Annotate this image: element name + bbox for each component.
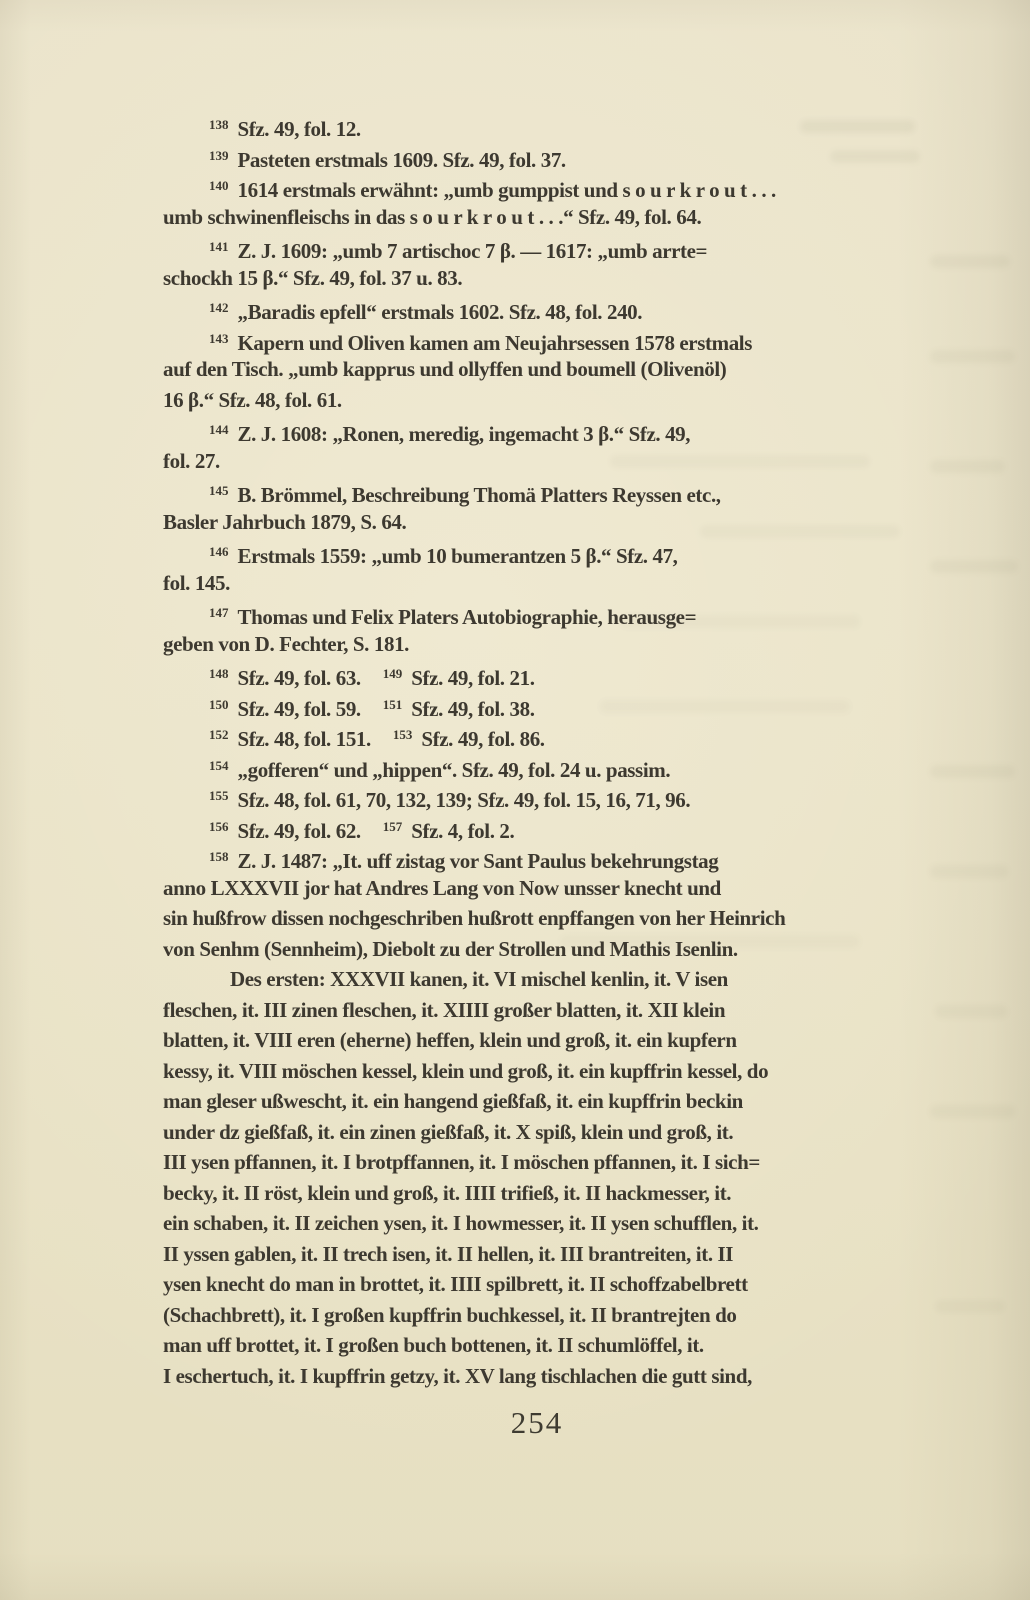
footnote-text: kessy, it. VIII möschen kessel, klein un… [163, 1059, 768, 1083]
footnote-text: Kapern und Oliven kamen am Neujahrsessen… [238, 331, 753, 355]
footnote-text: fleschen, it. III zinen fleschen, it. XI… [163, 998, 725, 1022]
footnote-text: ysen knecht do man in brottet, it. IIII … [163, 1272, 748, 1296]
footnote-number: 157 [383, 819, 403, 834]
footnote-number: 152 [209, 727, 229, 742]
text-line: (Schachbrett), it. I großen kupffrin buc… [163, 1300, 911, 1331]
footnotes-text-block: 138Sfz. 49, fol. 12. 139Pasteten erstmal… [163, 110, 911, 1391]
text-line: blatten, it. VIII eren (eherne) heffen, … [163, 1025, 911, 1056]
text-line: von Senhm (Sennheim), Diebolt zu der Str… [163, 934, 911, 965]
text-line: 142„Baradis epfell“ erstmals 1602. Sfz. … [163, 293, 911, 324]
footnote-text: Sfz. 49, fol. 86. [421, 727, 544, 751]
text-line: kessy, it. VIII möschen kessel, klein un… [163, 1056, 911, 1087]
text-line: 146Erstmals 1559: „umb 10 bumerantzen 5 … [163, 537, 911, 568]
footnote-text: auf den Tisch. „umb kapprus und ollyffen… [163, 357, 726, 381]
text-line: anno LXXXVII jor hat Andres Lang von Now… [163, 873, 911, 904]
footnote-text: Sfz. 49, fol. 38. [411, 697, 534, 721]
text-line: fol. 145. [163, 568, 911, 599]
footnote-text: ein schaben, it. II zeichen ysen, it. I … [163, 1211, 759, 1235]
showthrough-mark [930, 865, 1008, 878]
text-line: umb schwinenfleischs in das s o u r k r … [163, 202, 911, 233]
footnote-text: Z. J. 1487: „It. uff zistag vor Sant Pau… [238, 849, 719, 873]
text-line: becky, it. II röst, klein und groß, it. … [163, 1178, 911, 1209]
footnote-text: I eschertuch, it. I kupffrin getzy, it. … [163, 1364, 752, 1388]
footnote-text: Sfz. 49, fol. 12. [238, 117, 361, 141]
footnote-text: sin hußfrow dissen nochgeschriben hußrot… [163, 906, 785, 930]
footnote-text: Sfz. 49, fol. 59. [238, 697, 361, 721]
showthrough-mark [930, 350, 1015, 363]
footnote-text: Pasteten erstmals 1609. Sfz. 49, fol. 37… [238, 148, 566, 172]
footnote-text: under dz gießfaß, it. ein zinen gießfaß,… [163, 1120, 733, 1144]
footnote-text: 16 β.“ Sfz. 48, fol. 61. [163, 388, 342, 412]
text-line: 158Z. J. 1487: „It. uff zistag vor Sant … [163, 842, 911, 873]
footnote-text: geben von D. Fechter, S. 181. [163, 632, 409, 656]
footnote-text: von Senhm (Sennheim), Diebolt zu der Str… [163, 937, 738, 961]
text-line: man uff brottet, it. I großen buch botte… [163, 1330, 911, 1361]
text-line: 154„gofferen“ und „hippen“. Sfz. 49, fol… [163, 751, 911, 782]
text-line: sin hußfrow dissen nochgeschriben hußrot… [163, 903, 911, 934]
text-line: 148Sfz. 49, fol. 63.149Sfz. 49, fol. 21. [163, 659, 911, 690]
showthrough-mark [930, 255, 1010, 268]
footnote-number: 158 [209, 849, 229, 864]
footnote-text: Erstmals 1559: „umb 10 bumerantzen 5 β.“… [238, 544, 678, 568]
text-line: III ysen pffannen, it. I brotpffannen, i… [163, 1147, 911, 1178]
text-line: fol. 27. [163, 446, 911, 477]
footnote-text: umb schwinenfleischs in das s o u r k r … [163, 205, 701, 229]
text-line: 1401614 erstmals erwähnt: „umb gumppist … [163, 171, 911, 202]
text-line: Basler Jahrbuch 1879, S. 64. [163, 507, 911, 538]
footnote-number: 142 [209, 300, 229, 315]
footnote-text: man uff brottet, it. I großen buch botte… [163, 1333, 704, 1357]
text-line: I eschertuch, it. I kupffrin getzy, it. … [163, 1361, 911, 1392]
footnote-text: 1614 erstmals erwähnt: „umb gumppist und… [238, 178, 776, 202]
text-line: geben von D. Fechter, S. 181. [163, 629, 911, 660]
footnote-number: 138 [209, 117, 229, 132]
text-line: ysen knecht do man in brottet, it. IIII … [163, 1269, 911, 1300]
footnote-text: Sfz. 49, fol. 63. [238, 666, 361, 690]
footnote-text: Basler Jahrbuch 1879, S. 64. [163, 510, 406, 534]
footnote-number: 153 [393, 727, 413, 742]
footnote-text: fol. 145. [163, 571, 230, 595]
footnote-number: 145 [209, 483, 229, 498]
footnote-number: 147 [209, 605, 229, 620]
footnote-text: B. Brömmel, Beschreibung Thomä Platters … [238, 483, 721, 507]
footnote-number: 151 [383, 697, 403, 712]
footnote-text: anno LXXXVII jor hat Andres Lang von Now… [163, 876, 721, 900]
text-line: 16 β.“ Sfz. 48, fol. 61. [163, 385, 911, 416]
book-page: 138Sfz. 49, fol. 12. 139Pasteten erstmal… [0, 0, 1030, 1600]
text-line: under dz gießfaß, it. ein zinen gießfaß,… [163, 1117, 911, 1148]
footnote-text: man gleser ußwescht, it. ein hangend gie… [163, 1089, 743, 1113]
text-line: 144Z. J. 1608: „Ronen, meredig, ingemach… [163, 415, 911, 446]
text-line: 150Sfz. 49, fol. 59.151Sfz. 49, fol. 38. [163, 690, 911, 721]
text-line: 143Kapern und Oliven kamen am Neujahrses… [163, 324, 911, 355]
footnote-number: 150 [209, 697, 229, 712]
footnote-text: „gofferen“ und „hippen“. Sfz. 49, fol. 2… [238, 758, 671, 782]
showthrough-mark [930, 1105, 1015, 1118]
footnote-text: Sfz. 48, fol. 61, 70, 132, 139; Sfz. 49,… [238, 788, 691, 812]
text-line: 147Thomas und Felix Platers Autobiograph… [163, 598, 911, 629]
text-line: 138Sfz. 49, fol. 12. [163, 110, 911, 141]
footnote-text: Sfz. 48, fol. 151. [238, 727, 371, 751]
footnote-number: 146 [209, 544, 229, 559]
footnote-number: 149 [383, 666, 403, 681]
page-number: 254 [163, 1405, 911, 1441]
footnote-number: 154 [209, 758, 229, 773]
footnote-number: 156 [209, 819, 229, 834]
text-line: 141Z. J. 1609: „umb 7 artischoc 7 β. — 1… [163, 232, 911, 263]
footnote-text: II yssen gablen, it. II trech isen, it. … [163, 1242, 733, 1266]
footnote-text: Des ersten: XXXVII kanen, it. VI mischel… [230, 967, 728, 991]
text-line: schockh 15 β.“ Sfz. 49, fol. 37 u. 83. [163, 263, 911, 294]
showthrough-mark [935, 1005, 1007, 1018]
footnote-number: 155 [209, 788, 229, 803]
footnote-text: Z. J. 1608: „Ronen, meredig, ingemacht 3… [238, 422, 691, 446]
text-line: man gleser ußwescht, it. ein hangend gie… [163, 1086, 911, 1117]
footnote-text: Sfz. 49, fol. 21. [411, 666, 534, 690]
showthrough-mark [930, 765, 1015, 778]
footnote-text: becky, it. II röst, klein und groß, it. … [163, 1181, 731, 1205]
text-line: ein schaben, it. II zeichen ysen, it. I … [163, 1208, 911, 1239]
footnote-text: blatten, it. VIII eren (eherne) heffen, … [163, 1028, 737, 1052]
footnote-text: (Schachbrett), it. I großen kupffrin buc… [163, 1303, 736, 1327]
footnote-text: Sfz. 49, fol. 62. [238, 819, 361, 843]
footnote-number: 140 [209, 178, 229, 193]
text-line: auf den Tisch. „umb kapprus und ollyffen… [163, 354, 911, 385]
showthrough-mark [935, 1300, 1005, 1313]
footnote-text: schockh 15 β.“ Sfz. 49, fol. 37 u. 83. [163, 266, 462, 290]
footnote-text: Thomas und Felix Platers Autobiographie,… [238, 605, 697, 629]
footnote-text: III ysen pffannen, it. I brotpffannen, i… [163, 1150, 760, 1174]
text-line: 139Pasteten erstmals 1609. Sfz. 49, fol.… [163, 141, 911, 172]
footnote-number: 144 [209, 422, 229, 437]
footnote-number: 143 [209, 331, 229, 346]
text-line: Des ersten: XXXVII kanen, it. VI mischel… [163, 964, 911, 995]
footnote-text: „Baradis epfell“ erstmals 1602. Sfz. 48,… [238, 300, 643, 324]
footnote-text: fol. 27. [163, 449, 220, 473]
footnote-number: 141 [209, 239, 229, 254]
footnote-text: Z. J. 1609: „umb 7 artischoc 7 β. — 1617… [238, 239, 708, 263]
showthrough-mark [930, 460, 1005, 473]
text-line: 156Sfz. 49, fol. 62.157Sfz. 4, fol. 2. [163, 812, 911, 843]
text-line: II yssen gablen, it. II trech isen, it. … [163, 1239, 911, 1270]
text-line: 145B. Brömmel, Beschreibung Thomä Platte… [163, 476, 911, 507]
text-line: fleschen, it. III zinen fleschen, it. XI… [163, 995, 911, 1026]
showthrough-mark [930, 560, 1018, 573]
footnote-number: 139 [209, 148, 229, 163]
text-line: 155Sfz. 48, fol. 61, 70, 132, 139; Sfz. … [163, 781, 911, 812]
text-line: 152Sfz. 48, fol. 151.153Sfz. 49, fol. 86… [163, 720, 911, 751]
footnote-number: 148 [209, 666, 229, 681]
footnote-text: Sfz. 4, fol. 2. [411, 819, 514, 843]
